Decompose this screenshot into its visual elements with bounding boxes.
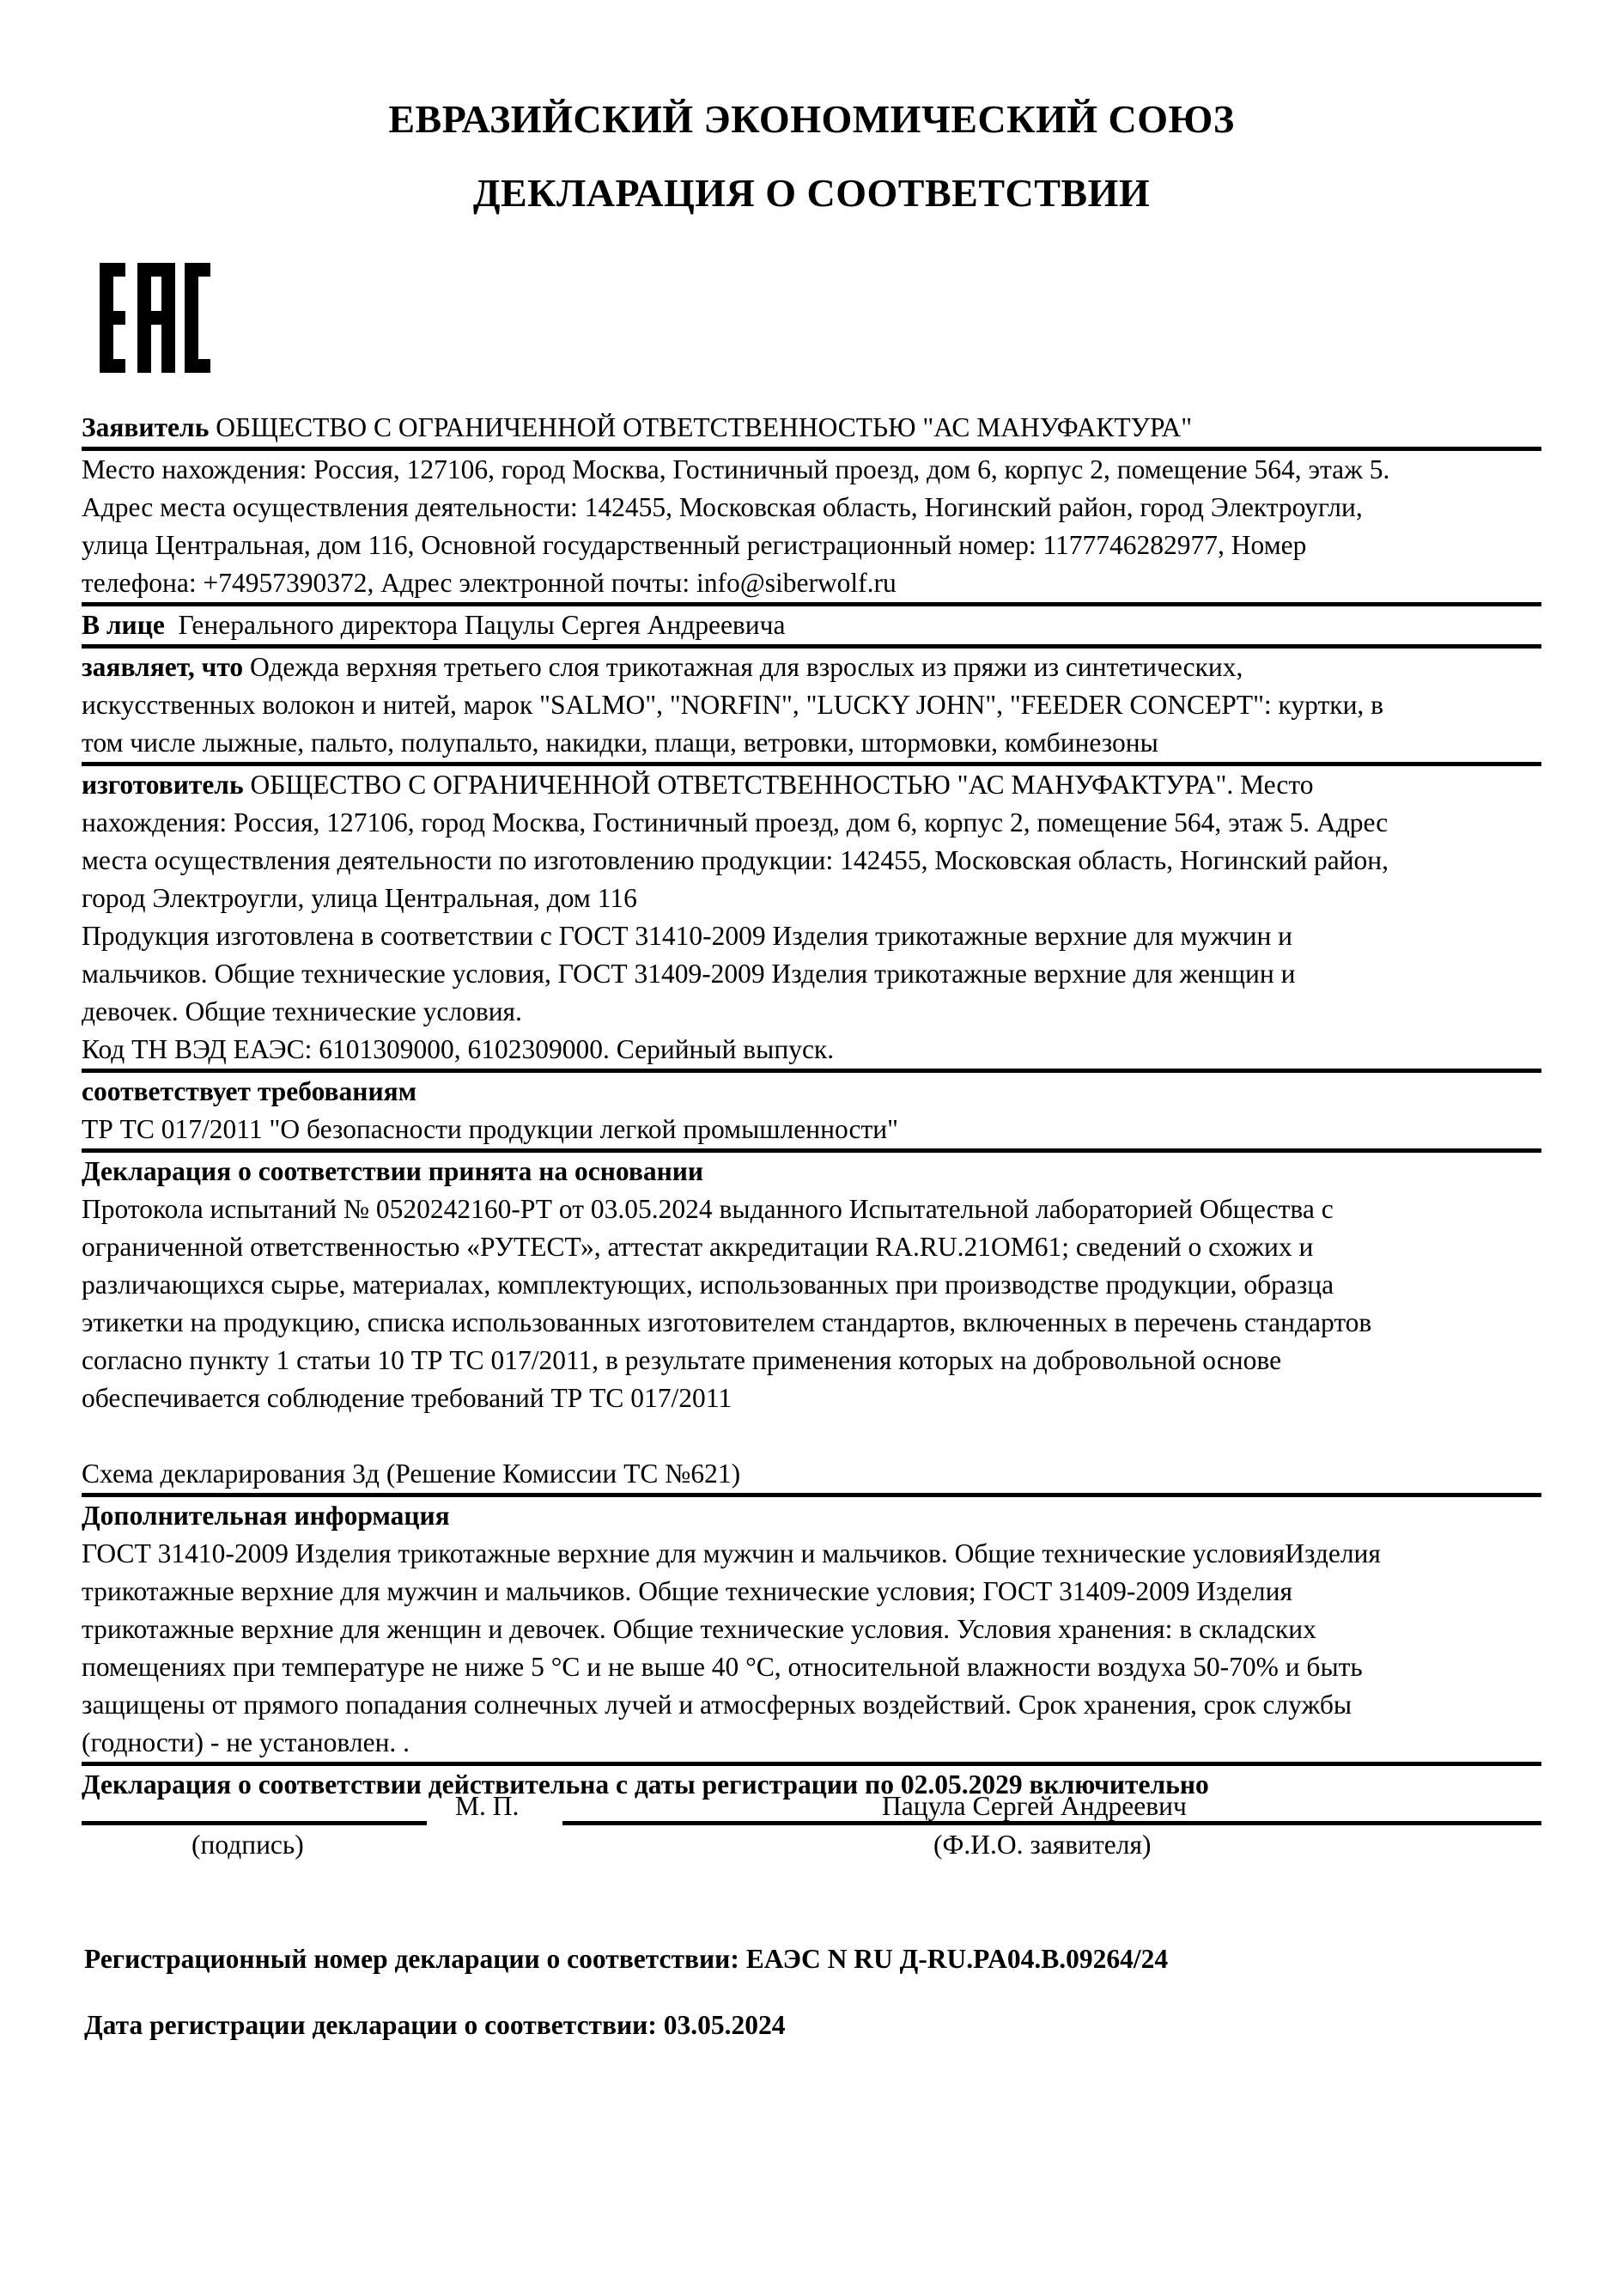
name-caption: (Ф.И.О. заявителя) [933, 1828, 1151, 1862]
manufacturer-line: Продукция изготовлена в соответствии с Г… [82, 917, 1541, 955]
declares-line: Одежда верхняя третьего слоя трикотажная… [250, 652, 1243, 682]
additional-info-line: (годности) - не установлен. . [82, 1724, 1541, 1762]
manufacturer-label: изготовитель [82, 770, 244, 800]
applicant-details-line: Адрес места осуществления деятельности: … [82, 489, 1541, 527]
manufacturer-line: ОБЩЕСТВО С ОГРАНИЧЕННОЙ ОТВЕТСТВЕННОСТЬЮ… [251, 770, 1314, 800]
registration-number: Регистрационный номер декларации о соотв… [84, 1944, 1168, 1975]
basis-line: ограниченной ответственностью «РУТЕСТ», … [82, 1228, 1541, 1266]
additional-info-line: трикотажные верхние для мужчин и мальчик… [82, 1573, 1541, 1611]
union-heading: ЕВРАЗИЙСКИЙ ЭКОНОМИЧЕСКИЙ СОЮЗ [0, 96, 1623, 142]
document-title: ДЕКЛАРАЦИЯ О СООТВЕТСТВИИ [0, 170, 1623, 216]
manufacturer-line: девочек. Общие технические условия. [82, 993, 1541, 1031]
registration-date: Дата регистрации декларации о соответств… [84, 2010, 785, 2041]
declaration-body: Заявитель ОБЩЕСТВО С ОГРАНИЧЕННОЙ ОТВЕТС… [82, 409, 1541, 1804]
declares-line: искусственных волокон и нитей, марок "SA… [82, 686, 1541, 724]
represented-by-value: Генерального директора Пацулы Сергея Анд… [179, 610, 786, 640]
additional-info-line: защищены от прямого попадания солнечных … [82, 1686, 1541, 1724]
basis-line: согласно пункту 1 статьи 10 ТР ТС 017/20… [82, 1342, 1541, 1379]
declares-label: заявляет, что [82, 652, 243, 682]
declares-line: том числе лыжные, пальто, полупальто, на… [82, 724, 1541, 762]
represented-by-row: В лице Генерального директора Пацулы Сер… [82, 606, 1541, 644]
hs-code-line: Код ТН ВЭД ЕАЭС: 6101309000, 6102309000.… [82, 1031, 1541, 1069]
applicant-label: Заявитель [82, 412, 209, 442]
basis-label: Декларация о соответствии принята на осн… [82, 1153, 1541, 1191]
represented-by-label: В лице [82, 610, 165, 640]
additional-info-line: трикотажные верхние для женщин и девочек… [82, 1611, 1541, 1648]
manufacturer-line: мальчиков. Общие технические условия, ГО… [82, 955, 1541, 993]
eac-mark-icon [94, 258, 210, 375]
additional-info-line: ГОСТ 31410-2009 Изделия трикотажные верх… [82, 1535, 1541, 1573]
applicant-details-line: улица Центральная, дом 116, Основной гос… [82, 527, 1541, 564]
applicant-row: Заявитель ОБЩЕСТВО С ОГРАНИЧЕННОЙ ОТВЕТС… [82, 409, 1541, 447]
declaration-scheme: Схема декларирования 3д (Решение Комисси… [82, 1455, 1541, 1493]
additional-info-line: помещениях при температуре не ниже 5 °С … [82, 1648, 1541, 1686]
additional-info-label: Дополнительная информация [82, 1497, 1541, 1535]
manufacturer-row: изготовитель ОБЩЕСТВО С ОГРАНИЧЕННОЙ ОТВ… [82, 766, 1541, 804]
basis-line: различающихся сырье, материалах, комплек… [82, 1266, 1541, 1304]
manufacturer-line: город Электроугли, улица Центральная, до… [82, 880, 1541, 917]
validity-statement: Декларация о соответствии действительна … [82, 1766, 1541, 1804]
manufacturer-line: места осуществления деятельности по изго… [82, 842, 1541, 880]
declares-row: заявляет, что Одежда верхняя третьего сл… [82, 649, 1541, 686]
stamp-label: М. П. [455, 1789, 519, 1824]
applicant-details-line: телефона: +74957390372, Адрес электронно… [82, 564, 1541, 602]
manufacturer-line: нахождения: Россия, 127106, город Москва… [82, 804, 1541, 842]
basis-line: обеспечивается соблюдение требований ТР … [82, 1379, 1541, 1417]
basis-line: этикетки на продукцию, списка использова… [82, 1304, 1541, 1342]
complies-value: ТР ТС 017/2011 "О безопасности продукции… [82, 1111, 1541, 1148]
basis-line: Протокола испытаний № 0520242160-РТ от 0… [82, 1191, 1541, 1228]
complies-label: соответствует требованиям [82, 1073, 1541, 1111]
applicant-details-line: Место нахождения: Россия, 127106, город … [82, 451, 1541, 489]
applicant-name: ОБЩЕСТВО С ОГРАНИЧЕННОЙ ОТВЕТСТВЕННОСТЬЮ… [216, 412, 1192, 442]
signature-caption: (подпись) [191, 1828, 304, 1862]
signer-name: Пацула Сергей Андреевич [882, 1789, 1187, 1824]
signature-line [82, 1821, 427, 1825]
